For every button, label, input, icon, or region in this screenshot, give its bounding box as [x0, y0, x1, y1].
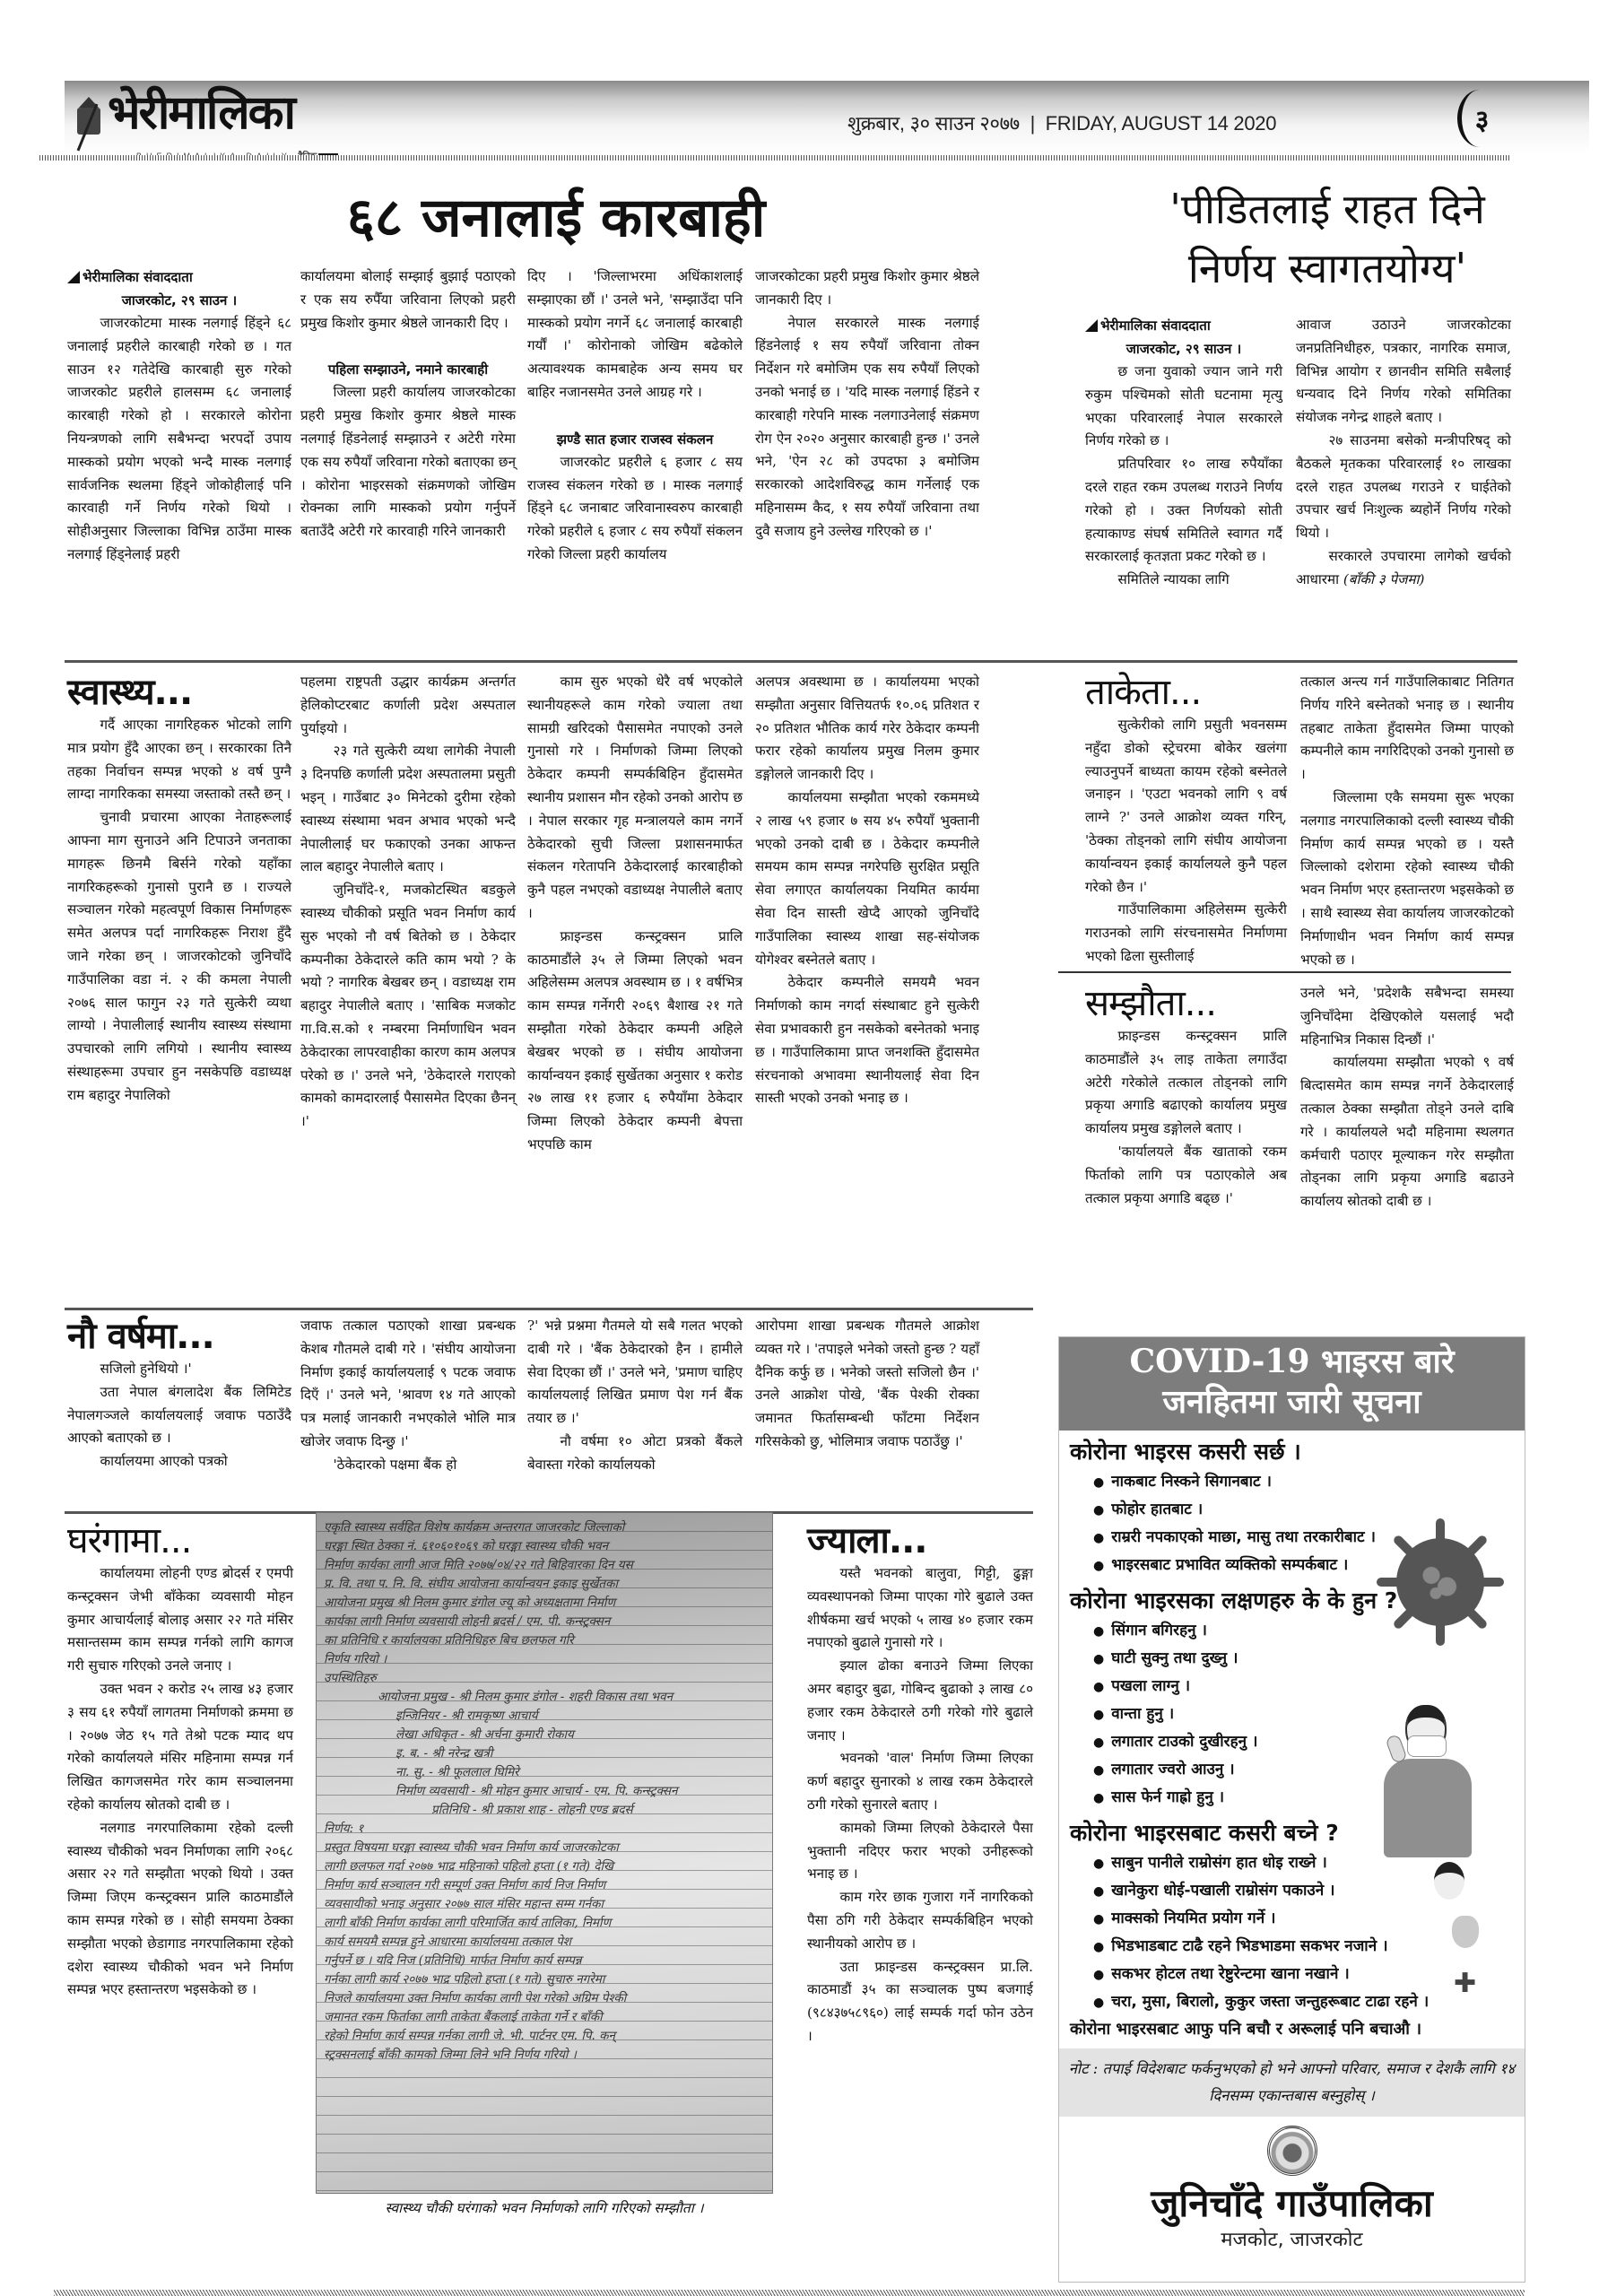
- continued-note: (बाँकी ३ पेजमा): [1343, 571, 1425, 587]
- article2-col2: आवाज उठाउने जाजरकोटका जनप्रतिनिधीहरु, पत…: [1296, 314, 1511, 592]
- gharanga-col1: घरंगामा... कार्यालयमा लोहनी एण्ड ब्रोदर्…: [67, 1519, 293, 2002]
- medical-cross-icon: ✚: [1454, 1968, 1476, 1999]
- section-title-taketa: ताकेता...: [1085, 671, 1287, 714]
- issue-date: शुक्रबार, ३० साउन २०७७ | FRIDAY, AUGUST …: [847, 109, 1276, 136]
- section-title-samjhauta: सम्झौता...: [1085, 982, 1287, 1025]
- notice-banner: COVID-19 भाइरस बारे जनहितमा जारी सूचना: [1059, 1337, 1525, 1431]
- logo-title: भेरीमालिका: [108, 88, 294, 138]
- page-number: ३: [1457, 90, 1502, 147]
- dateline: जाजरकोट, २९ साउन ।: [1085, 337, 1282, 361]
- municipality-address: मजकोट, जाजरकोट: [1059, 2228, 1525, 2253]
- section-divider: [1058, 971, 1511, 973]
- subheading: पहिला सम्झाउने, नमाने कारबाही: [300, 358, 516, 381]
- article1-col3: दिए । 'जिल्लाभरमा अधिंकाशलाई सम्झाएका छौ…: [527, 265, 743, 567]
- date-nepali: शुक्रबार, ३० साउन २०७७: [847, 112, 1020, 135]
- nau-barsha-col4: आरोपमा शाखा प्रबन्धक गौतमले आक्रोश व्यक्…: [755, 1315, 979, 1454]
- nau-barsha-col1: नौ वर्षमा... सजिलो हुनेथियो ।' उता नेपाल…: [67, 1315, 291, 1474]
- jyala-col1: ज्याला... यस्तै भवनको बालुवा, गिट्टी, ढु…: [807, 1519, 1033, 2048]
- subheading: झण्डै सात हजार राजस्व संकलन: [527, 428, 743, 451]
- byline: भेरीमालिका संवाददाता: [1085, 314, 1282, 337]
- newspaper-logo: भेरीमालिका: [75, 88, 294, 142]
- handwritten-agreement-photo: एकृति स्वास्थ्य सर्वहित विशेष कार्यक्रम …: [316, 1512, 773, 2194]
- masked-face-icon: [1434, 1862, 1464, 1900]
- covid-public-notice-ad: COVID-19 भाइरस बारे जनहितमा जारी सूचना क…: [1058, 1336, 1525, 2283]
- section-title-gharanga: घरंगामा...: [67, 1519, 293, 1562]
- article1-col1: भेरीमालिका संवाददाता जाजरकोट, २९ साउन । …: [67, 265, 291, 567]
- section-title-swasthya: स्वास्थ्य...: [67, 671, 291, 714]
- photo-caption: स्वास्थ्य चौकी घरंगाको भवन निर्माणको लाग…: [316, 2197, 773, 2217]
- quarantine-note: नोट : तपाई विदेशबाट फर्कनुभएको हो भने आफ…: [1059, 2048, 1525, 2117]
- swasthya-col1: स्वास्थ्य... गर्दै आएका नागरिहकरु भोटको …: [67, 671, 291, 1108]
- byline-marker-icon: [1085, 319, 1098, 332]
- section-title-jyala: ज्याला...: [807, 1519, 1033, 1562]
- swasthya-col2: पहलमा राष्ट्रपती उद्धार कार्यक्रम अन्तर्…: [300, 671, 516, 1134]
- byline-marker-icon: [67, 271, 80, 283]
- byline: भेरीमालिका संवाददाता: [67, 265, 291, 289]
- headline-relief-decision: 'पीडितलाई राहत दिने निर्णय स्वागतयोग्य': [1085, 179, 1569, 298]
- section-divider: [65, 1308, 1033, 1310]
- swasthya-col4: अलपत्र अवस्थामा छ । कार्यालयमा भएको सम्झ…: [755, 671, 979, 1110]
- pagoda-quill-icon: [75, 97, 102, 142]
- taketa-col1: ताकेता... सुत्केरीको लागि प्रसुती भवनसम्…: [1085, 671, 1287, 969]
- coronavirus-icon: [1402, 1544, 1479, 1621]
- article1-col4: जाजरकोटका प्रहरी प्रमुख किशोर कुमार श्रे…: [755, 265, 979, 544]
- headline-68-penalized: ६८ जनालाई कारबाही: [287, 187, 825, 249]
- prevention-heading: कोरोना भाइरसबाट कसरी बच्ने ?: [1059, 1817, 1525, 1849]
- section-divider: [65, 660, 1517, 663]
- taketa-col2: तत्काल अन्त्य गर्न गाउँपालिकाबाट नितिगत …: [1300, 671, 1514, 971]
- nepal-emblem-icon: [1267, 2126, 1317, 2176]
- page-bottom-divider: [54, 2290, 1525, 2296]
- date-english: FRIDAY, AUGUST 14 2020: [1046, 112, 1277, 135]
- dateline: जाजरकोट, २९ साउन ।: [67, 289, 291, 312]
- how-it-spreads-heading: कोरोना भाइरस कसरी सर्छ ।: [1059, 1436, 1525, 1468]
- swasthya-col3: काम सुरु भएको धेरै वर्ष भएकोले स्थानीयहर…: [527, 671, 743, 1157]
- handwritten-text: एकृति स्वास्थ्य सर्वहित विशेष कार्यक्रम …: [324, 1518, 765, 2065]
- municipality-name: जुनिचाँदे गाउँपालिका: [1059, 2179, 1525, 2228]
- nau-barsha-col3: ?' भन्ने प्रश्नमा गैतमले यो सबै गलत भएको…: [527, 1315, 743, 1477]
- article2-col1: भेरीमालिका संवाददाता जाजरकोट, २९ साउन । …: [1085, 314, 1282, 592]
- nau-barsha-col2: जवाफ तत्काल पठाएको शाखा प्रबन्धक केशब गौ…: [300, 1315, 516, 1477]
- hand-wash-icon: [1452, 1916, 1479, 1948]
- samjhauta-col2: उनले भने, 'प्रदेशकै सबैभन्दा समस्या जुनि…: [1300, 982, 1514, 1213]
- samjhauta-col1: सम्झौता... फ्राइन्डस कन्स्ट्रक्सन प्रालि…: [1085, 982, 1287, 1210]
- section-title-nau-barsha: नौ वर्षमा...: [67, 1315, 291, 1358]
- closing-slogan: कोरोना भाइरसबाट आफु पनि बचौ र अरूलाई पनि…: [1059, 2016, 1525, 2043]
- masthead-divider: [39, 155, 1510, 161]
- article1-col2: कार्यालयमा बोलाई सम्झाई बुझाई पठाएको र ए…: [300, 265, 516, 544]
